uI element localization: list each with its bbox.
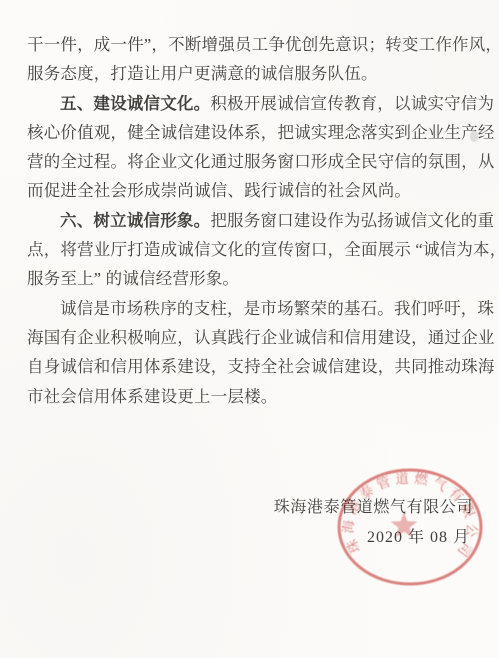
body-line: 市社会信用体系建设更上一层楼。 [27, 382, 474, 411]
bold-heading: 五、建设诚信文化。 [60, 94, 210, 113]
line-text: 而促进全社会形成崇尚诚信、践行诚信的社会风尚。 [27, 181, 411, 200]
signature-company: 珠海港泰管道燃气有限公司 [274, 498, 473, 518]
body-line: 服务至上” 的诚信经营形象。 [27, 264, 474, 293]
line-text: 核心价值观，健全诚信建设体系，把诚实理念落实到企业生产经 [27, 123, 495, 142]
line-text: 海国有企业积极响应，认真践行企业诚信和信用建设，通过企业 [27, 328, 495, 347]
body-line: 干一件，成一件”，不断增强员工争优创先意识；转变工作作风， [27, 30, 474, 59]
signature-block: 珠海港泰管道燃气有限公司 2020 年 08 月 [274, 498, 473, 548]
line-text: 服务至上” 的诚信经营形象。 [27, 269, 239, 288]
line-text: 点，将营业厅打造成诚信文化的宣传窗口，全面展示 “诚信为本， [27, 240, 499, 259]
body-line: 诚信是市场秩序的支柱，是市场繁荣的基石。我们呼吁，珠 [27, 294, 474, 323]
scanned-document-page: 干一件，成一件”，不断增强员工争优创先意识；转变工作作风， 服务态度，打造让用户… [0, 0, 499, 658]
body-line: 营的全过程。将企业文化通过服务窗口形成全民守信的氛围，从 [27, 147, 474, 176]
line-text: 积极开展诚信宣传教育，以诚实守信为 [210, 94, 494, 113]
body-line: 而促进全社会形成崇尚诚信、践行诚信的社会风尚。 [27, 176, 474, 205]
body-line: 自身诚信和信用体系建设，支持全社会诚信建设，共同推动珠海 [27, 352, 474, 381]
body-line: 服务态度，打造让用户更满意的诚信服务队伍。 [27, 59, 474, 88]
scan-smudge [470, 130, 478, 142]
body-line: 点，将营业厅打造成诚信文化的宣传窗口，全面展示 “诚信为本， [27, 235, 474, 264]
body-text: 干一件，成一件”，不断增强员工争优创先意识；转变工作作风， 服务态度，打造让用户… [27, 30, 474, 411]
body-line: 核心价值观，健全诚信建设体系，把诚实理念落实到企业生产经 [27, 118, 474, 147]
line-text: 服务态度，打造让用户更满意的诚信服务队伍。 [27, 64, 378, 83]
body-line: 海国有企业积极响应，认真践行企业诚信和信用建设，通过企业 [27, 323, 474, 352]
body-line: 五、建设诚信文化。积极开展诚信宣传教育，以诚实守信为 [27, 89, 474, 118]
bold-heading: 六、树立诚信形象。 [60, 211, 210, 230]
line-text: 市社会信用体系建设更上一层楼。 [27, 387, 278, 406]
line-text: 干一件，成一件”，不断增强员工争优创先意识；转变工作作风， [27, 35, 499, 54]
line-text: 诚信是市场秩序的支柱，是市场繁荣的基石。我们呼吁，珠 [60, 299, 494, 318]
line-text: 自身诚信和信用体系建设，支持全社会诚信建设，共同推动珠海 [27, 357, 495, 376]
signature-date: 2020 年 08 月 [274, 528, 473, 548]
body-line: 六、树立诚信形象。把服务窗口建设作为弘扬诚信文化的重 [27, 206, 474, 235]
line-text: 把服务窗口建设作为弘扬诚信文化的重 [210, 211, 494, 230]
line-text: 营的全过程。将企业文化通过服务窗口形成全民守信的氛围，从 [27, 152, 495, 171]
